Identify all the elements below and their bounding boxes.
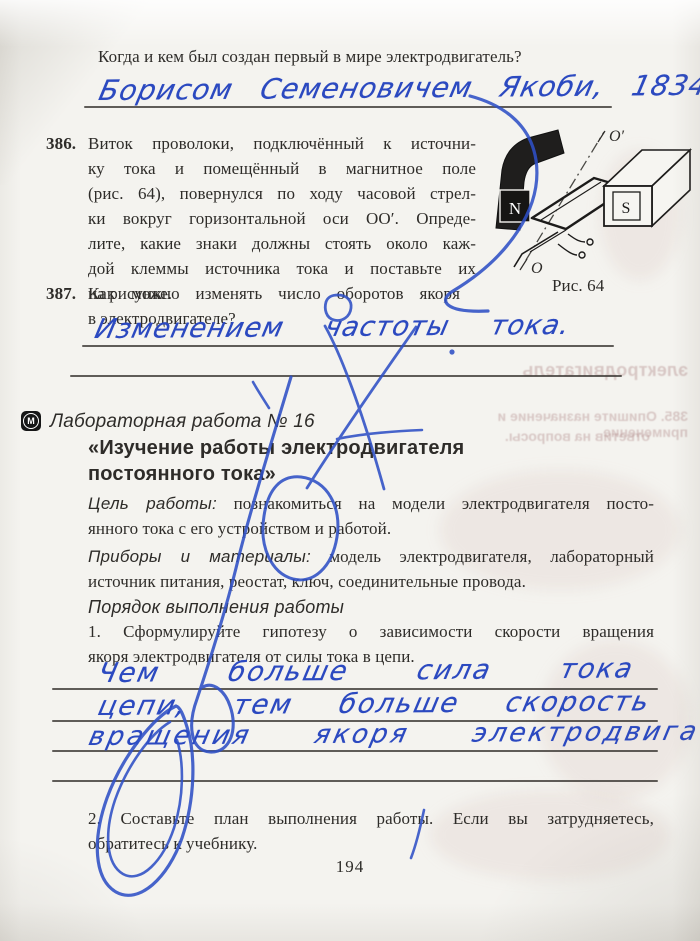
lead-wire	[558, 244, 577, 255]
problem-386-line: дой клеммы источника тока и поставьте их	[88, 256, 476, 281]
lab-goal: Цель работы: познакомиться на модели эле…	[88, 491, 654, 516]
bleed-through-text: электродвигатель	[474, 360, 688, 381]
problem-387-number: 387.	[46, 281, 76, 306]
m-letter: М	[23, 413, 39, 429]
handwritten-hypothesis: цепи, тем больше скорость	[95, 686, 654, 722]
methodology-badge-icon: М	[21, 411, 41, 431]
page-number: 194	[300, 854, 400, 879]
north-label: N	[509, 199, 521, 218]
lead-wire	[568, 234, 585, 242]
problem-386-number: 386.	[46, 131, 76, 156]
problem-386-line: лите, какие знаки должны стоять около ка…	[88, 231, 476, 256]
axis-tick	[520, 259, 527, 270]
handwritten-answer-387: Изменением частоты тока.	[92, 310, 573, 345]
wire-loop-inner	[541, 182, 601, 220]
lab-subtitle: «Изучение работы электродвигателя	[88, 436, 464, 461]
axis-label-top: O′	[609, 128, 625, 145]
lab-step1-line: 1. Сформулируйте гипотезу о зависимости …	[88, 619, 654, 644]
handwritten-hypothesis: вращения якоря электродвигателя	[86, 716, 700, 752]
lab-equipment-text: модель электродвигателя, лабораторный	[311, 547, 654, 566]
workbook-page: электродвигатель 385. Опишите назначение…	[0, 0, 700, 941]
pen-dot	[449, 349, 454, 354]
lab-procedure-heading: Порядок выполнения работы	[88, 595, 344, 620]
lab-goal-text: познакомиться на модели электродвигателя…	[217, 494, 654, 513]
intro-question: Когда и кем был создан первый в мире эле…	[98, 44, 638, 69]
terminal	[579, 252, 585, 258]
figure-64-magnets-diagram: N S O′ O	[476, 126, 694, 278]
problem-387-line: Как можно изменять число оборотов якоря	[88, 281, 460, 306]
loop-support-inner	[530, 230, 566, 252]
lab-step2-line: обратитесь к учебнику.	[88, 831, 257, 856]
handwritten-answer-intro: Борисом Семеновичем Якоби, 1834г	[96, 69, 700, 107]
answer-line	[70, 375, 622, 377]
lab-equipment: Приборы и материалы: модель электродвига…	[88, 544, 654, 569]
answer-line	[82, 345, 614, 347]
south-label: S	[622, 200, 631, 217]
handwritten-hypothesis: Чем больше сила тока в	[95, 653, 700, 689]
bleed-through-smudge	[430, 790, 670, 880]
bleed-through-text: ответив на вопросы.	[470, 428, 650, 444]
axis-label-bottom: O	[531, 260, 543, 277]
pen-stroke	[325, 326, 384, 489]
problem-386-line: (рис. 64), повернулся по ходу часовой ст…	[88, 181, 476, 206]
lab-goal-text: янного тока с его устройством и работой.	[88, 516, 391, 541]
axis-tick	[598, 131, 605, 142]
problem-386-line: Виток проволоки, подключённый к источни-	[88, 131, 476, 156]
problem-386-line: ки вокруг горизонтальной оси ОО′. Опреде…	[88, 206, 476, 231]
lab-equipment-label: Приборы и материалы:	[88, 547, 311, 566]
problem-386-line: ку тока и помещённый в магнитное поле	[88, 156, 476, 181]
lab-subtitle: постоянного тока»	[88, 462, 276, 487]
lab-title: Лабораторная работа № 16	[50, 409, 315, 434]
lab-goal-label: Цель работы:	[88, 494, 217, 513]
problem-386-text: Виток проволоки, подключённый к источни-…	[88, 131, 476, 306]
answer-line	[52, 780, 658, 782]
lab-equipment-text: источник питания, реостат, ключ, соедини…	[88, 569, 526, 594]
terminal	[587, 239, 593, 245]
lab-step2-line: 2. Составьте план выполнения работы. Есл…	[88, 806, 654, 831]
pen-stroke	[253, 382, 269, 408]
pen-stroke	[307, 327, 416, 488]
